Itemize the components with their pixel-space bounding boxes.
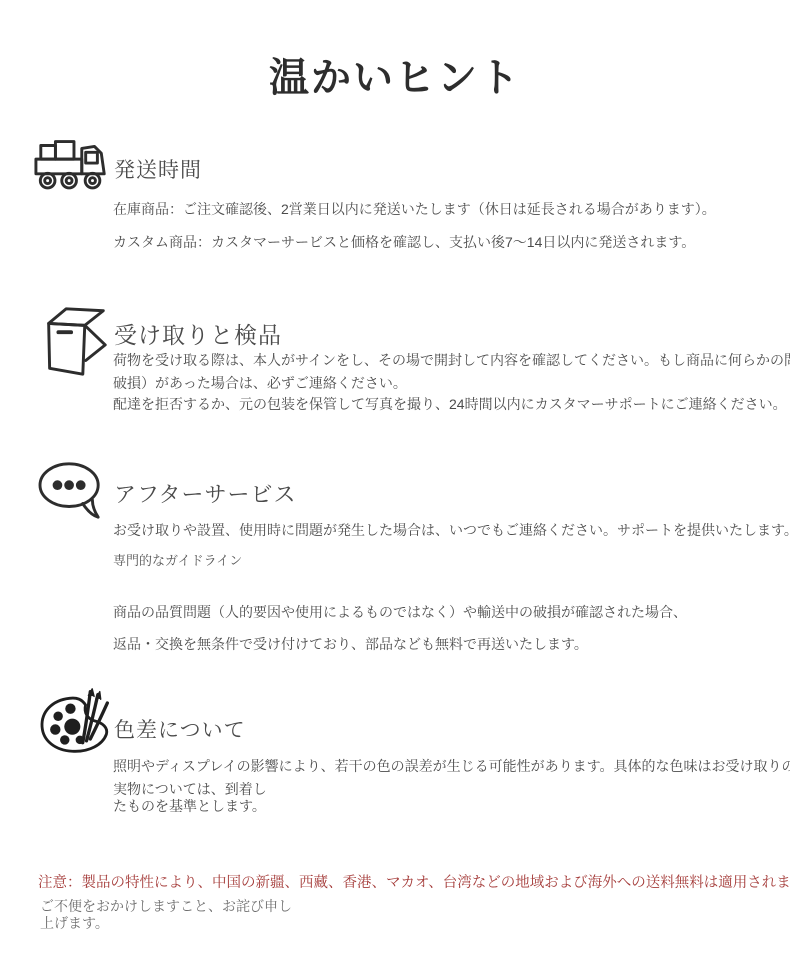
box-icon: [38, 300, 112, 380]
after-service-guideline-label: 専門的なガイドライン: [113, 549, 242, 572]
chat-bubble-icon: [33, 458, 111, 522]
page-title: 温かいヒント: [0, 46, 790, 103]
section-heading-color-difference: 色差について: [114, 714, 246, 744]
shipping-paragraph-custom: カスタム商品：カスタマーサービスと価格を確認し、支払い後7～14日以内に発送され…: [113, 231, 695, 254]
after-service-paragraph-quality: 商品の品質問題（人的要因や使用によるものではなく）や輸送中の破損が確認された場合…: [113, 601, 687, 624]
color-difference-paragraph-lighting: 照明やディスプレイの影響により、若干の色の誤差が生じる可能性があります。具体的な…: [113, 755, 790, 778]
after-service-paragraph-return: 返品・交換を無条件で受け付けており、部品なども無料で再送いたします。: [113, 633, 588, 656]
color-difference-paragraph-actual: 実物については、到着し たものを基準とします。: [113, 781, 267, 815]
truck-icon: [33, 136, 113, 194]
shipping-restriction-notice: 注意：製品の特性により、中国の新疆、西藏、香港、マカオ、台湾などの地域および海外…: [38, 871, 790, 892]
palette-icon: [36, 686, 120, 756]
apology-note: ご不便をおかけしますこと、お詫び申し 上げます。: [40, 898, 292, 932]
shipping-paragraph-stock: 在庫商品：ご注文確認後、2営業日以内に発送いたします（休日は延長される場合があり…: [113, 198, 716, 221]
section-heading-receiving: 受け取りと検品: [114, 317, 282, 350]
receiving-paragraph-check: 荷物を受け取る際は、本人がサインをし、その場で開封して内容を確認してください。も…: [113, 349, 790, 395]
section-heading-shipping: 発送時間: [114, 154, 202, 184]
warm-tips-page: 温かいヒント 発送時間 在庫商品：ご注文確認後、2営業日以内に発送いたします（休…: [0, 0, 790, 965]
receiving-paragraph-refuse: 配達を拒否するか、元の包装を保管して写真を撮り、24時間以内にカスタマーサポート…: [113, 393, 787, 416]
section-heading-after-service: アフターサービス: [114, 478, 296, 509]
after-service-paragraph-contact: お受け取りや設置、使用時に問題が発生した場合は、いつでもご連絡ください。サポート…: [113, 519, 790, 542]
